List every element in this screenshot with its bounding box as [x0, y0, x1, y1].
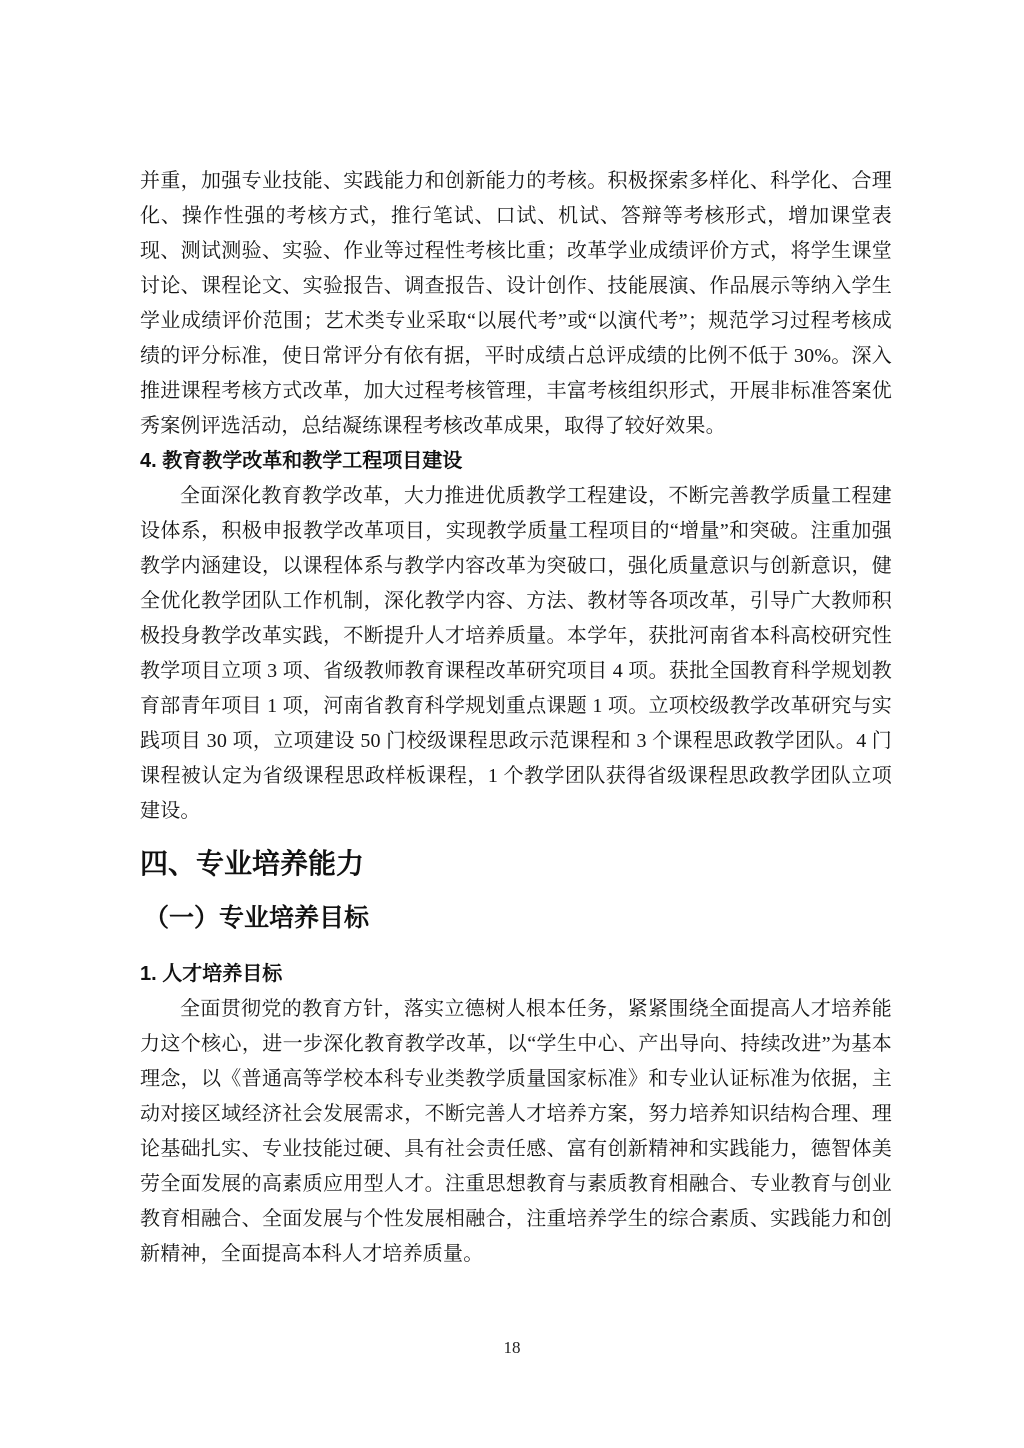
heading-item4-teaching-reform-projects: 4. 教育教学改革和教学工程项目建设: [140, 444, 892, 479]
paragraph-assessment-continuation: 并重，加强专业技能、实践能力和创新能力的考核。积极探索多样化、科学化、合理化、操…: [140, 164, 892, 444]
heading-subsection1-professional-training-goals: （一）专业培养目标: [144, 899, 892, 937]
document-page: 并重，加强专业技能、实践能力和创新能力的考核。积极探索多样化、科学化、合理化、操…: [0, 0, 1024, 1448]
heading-item1-talent-training-goals: 1. 人才培养目标: [140, 957, 892, 992]
page-number: 18: [0, 1338, 1024, 1358]
paragraph-teaching-reform: 全面深化教育教学改革，大力推进优质教学工程建设，不断完善教学质量工程建设体系，积…: [140, 479, 892, 829]
paragraph-talent-goal: 全面贯彻党的教育方针，落实立德树人根本任务，紧紧围绕全面提高人才培养能力这个核心…: [140, 992, 892, 1272]
document-text-block: 并重，加强专业技能、实践能力和创新能力的考核。积极探索多样化、科学化、合理化、操…: [140, 164, 892, 1272]
heading-section4-professional-training-capacity: 四、专业培养能力: [140, 845, 892, 883]
